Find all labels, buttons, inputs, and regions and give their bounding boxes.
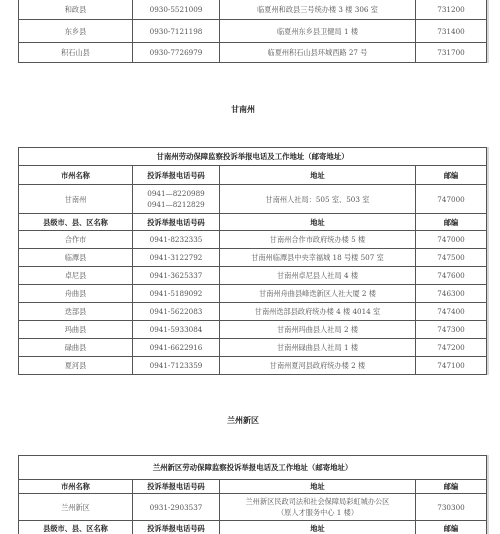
phone-numbers: 0941—8220989 0941—8212829 [133,185,220,214]
lanzhou-new-area-table: 兰州新区劳动保障监察投诉举报电话及工作地址（邮寄地址） 市州名称 投诉举报电话号… [18,455,487,534]
table-subheader-row: 县级市、县、区名称 投诉举报电话号码 地址 邮编 [19,214,487,231]
column-header-address: 地址 [220,521,416,534]
address-line-1: 兰州新区民政司法和社会保障局彩虹城办公区 [220,497,415,506]
phone-number: 0941-6622916 [133,339,220,357]
column-header-postcode: 邮编 [416,521,487,534]
column-header-postcode: 邮编 [416,214,487,231]
county-name: 舟曲县 [19,285,133,303]
phone-number: 0941-5622083 [133,303,220,321]
phone-number: 0930-7726979 [133,43,220,63]
postcode: 731700 [416,43,487,63]
column-header-name: 市州名称 [19,166,133,185]
address: 甘南州卓尼县人社局 4 楼 [220,267,416,285]
county-name: 迭部县 [19,303,133,321]
table-title: 兰州新区劳动保障监察投诉举报电话及工作地址（邮寄地址） [19,456,487,480]
column-header-phone: 投诉举报电话号码 [133,214,220,231]
postcode: 747300 [416,321,487,339]
phone-number: 0941-3122792 [133,249,220,267]
column-header-postcode: 邮编 [416,480,487,494]
address: 临夏州和政县三号统办楼 3 楼 306 室 [220,0,416,20]
address: 甘南州合作市政府统办楼 5 楼 [220,231,416,249]
table-row: 夏河县 0941-7123359 甘南州夏河县政府统办楼 2 楼 747100 [19,357,487,375]
column-header-phone: 投诉举报电话号码 [133,480,220,494]
table-row: 临潭县 0941-3122792 甘南州临潭县中央幸福城 18 号楼 507 室… [19,249,487,267]
city-name: 兰州新区 [19,494,133,521]
column-header-name: 县级市、县、区名称 [19,521,133,534]
address: 甘南州夏河县政府统办楼 2 楼 [220,357,416,375]
county-name: 临潭县 [19,249,133,267]
county-name: 卓尼县 [19,267,133,285]
table-row: 卓尼县 0941-3625337 甘南州卓尼县人社局 4 楼 747600 [19,267,487,285]
city-row: 甘南州 0941—8220989 0941—8212829 甘南州人社局：505… [19,185,487,214]
table-header-row: 市州名称 投诉举报电话号码 地址 邮编 [19,480,487,494]
county-name: 东乡县 [19,20,133,43]
phone-number-2: 0941—8212829 [133,200,219,209]
address: 甘南州人社局：505 室、503 室 [220,185,416,214]
address: 临夏州积石山县环城西路 27 号 [220,43,416,63]
column-header-postcode: 邮编 [416,166,487,185]
section-heading-gannan: 甘南州 [0,104,486,115]
table-title: 甘南州劳动保障监察投诉举报电话及工作地址（邮寄地址） [19,148,487,166]
county-name: 合作市 [19,231,133,249]
section-heading-lanzhou-new-area: 兰州新区 [0,415,486,426]
address: 兰州新区民政司法和社会保障局彩虹城办公区 （原人才服务中心 1 楼） [220,494,416,521]
phone-number: 0941-8232335 [133,231,220,249]
phone-number: 0941-5933084 [133,321,220,339]
phone-number: 0941-5189092 [133,285,220,303]
column-header-name: 市州名称 [19,480,133,494]
table-row: 碌曲县 0941-6622916 甘南州碌曲县人社局 1 楼 747200 [19,339,487,357]
table-row: 迭部县 0941-5622083 甘南州迭部县政府统办楼 4 楼 4014 室 … [19,303,487,321]
address: 临夏州东乡县卫健局 1 楼 [220,20,416,43]
phone-number: 0941-3625337 [133,267,220,285]
postcode: 747500 [416,249,487,267]
phone-number: 0930-5521009 [133,0,220,20]
county-name: 碌曲县 [19,339,133,357]
phone-number-1: 0941—8220989 [133,189,219,198]
column-header-name: 县级市、县、区名称 [19,214,133,231]
table-row: 玛曲县 0941-5933084 甘南州玛曲县人社局 2 楼 747300 [19,321,487,339]
postcode: 730300 [416,494,487,521]
address-line-2: （原人才服务中心 1 楼） [220,508,415,517]
city-name: 甘南州 [19,185,133,214]
column-header-address: 地址 [220,214,416,231]
table-header-row: 市州名称 投诉举报电话号码 地址 邮编 [19,166,487,185]
column-header-phone: 投诉举报电话号码 [133,521,220,534]
table-title-row: 甘南州劳动保障监察投诉举报电话及工作地址（邮寄地址） [19,148,487,166]
county-name: 和政县 [19,0,133,20]
address: 甘南州碌曲县人社局 1 楼 [220,339,416,357]
table-subheader-row: 县级市、县、区名称 投诉举报电话号码 地址 邮编 [19,521,487,534]
postcode: 731200 [416,0,487,20]
table-row: 合作市 0941-8232335 甘南州合作市政府统办楼 5 楼 747000 [19,231,487,249]
county-name: 玛曲县 [19,321,133,339]
postcode: 747200 [416,339,487,357]
address: 甘南州临潭县中央幸福城 18 号楼 507 室 [220,249,416,267]
postcode: 731400 [416,20,487,43]
postcode: 747000 [416,185,487,214]
table-title-row: 兰州新区劳动保障监察投诉举报电话及工作地址（邮寄地址） [19,456,487,480]
postcode: 747600 [416,267,487,285]
postcode: 747100 [416,357,487,375]
phone-number: 0931-2903537 [133,494,220,521]
phone-number: 0941-7123359 [133,357,220,375]
gannan-table: 甘南州劳动保障监察投诉举报电话及工作地址（邮寄地址） 市州名称 投诉举报电话号码… [18,147,487,375]
table-row: 和政县 0930-5521009 临夏州和政县三号统办楼 3 楼 306 室 7… [19,0,487,20]
city-row: 兰州新区 0931-2903537 兰州新区民政司法和社会保障局彩虹城办公区 （… [19,494,487,521]
postcode: 747400 [416,303,487,321]
county-name: 积石山县 [19,43,133,63]
table-row: 积石山县 0930-7726979 临夏州积石山县环城西路 27 号 73170… [19,43,487,63]
postcode: 747000 [416,231,487,249]
address: 甘南州迭部县政府统办楼 4 楼 4014 室 [220,303,416,321]
table-row: 东乡县 0930-7121198 临夏州东乡县卫健局 1 楼 731400 [19,20,487,43]
column-header-address: 地址 [220,480,416,494]
address: 甘南州玛曲县人社局 2 楼 [220,321,416,339]
phone-number: 0930-7121198 [133,20,220,43]
column-header-phone: 投诉举报电话号码 [133,166,220,185]
column-header-address: 地址 [220,166,416,185]
linxia-table: 和政县 0930-5521009 临夏州和政县三号统办楼 3 楼 306 室 7… [18,0,487,63]
table-row: 舟曲县 0941-5189092 甘南州舟曲县峰迭新区人社大厦 2 楼 7463… [19,285,487,303]
county-name: 夏河县 [19,357,133,375]
postcode: 746300 [416,285,487,303]
address: 甘南州舟曲县峰迭新区人社大厦 2 楼 [220,285,416,303]
